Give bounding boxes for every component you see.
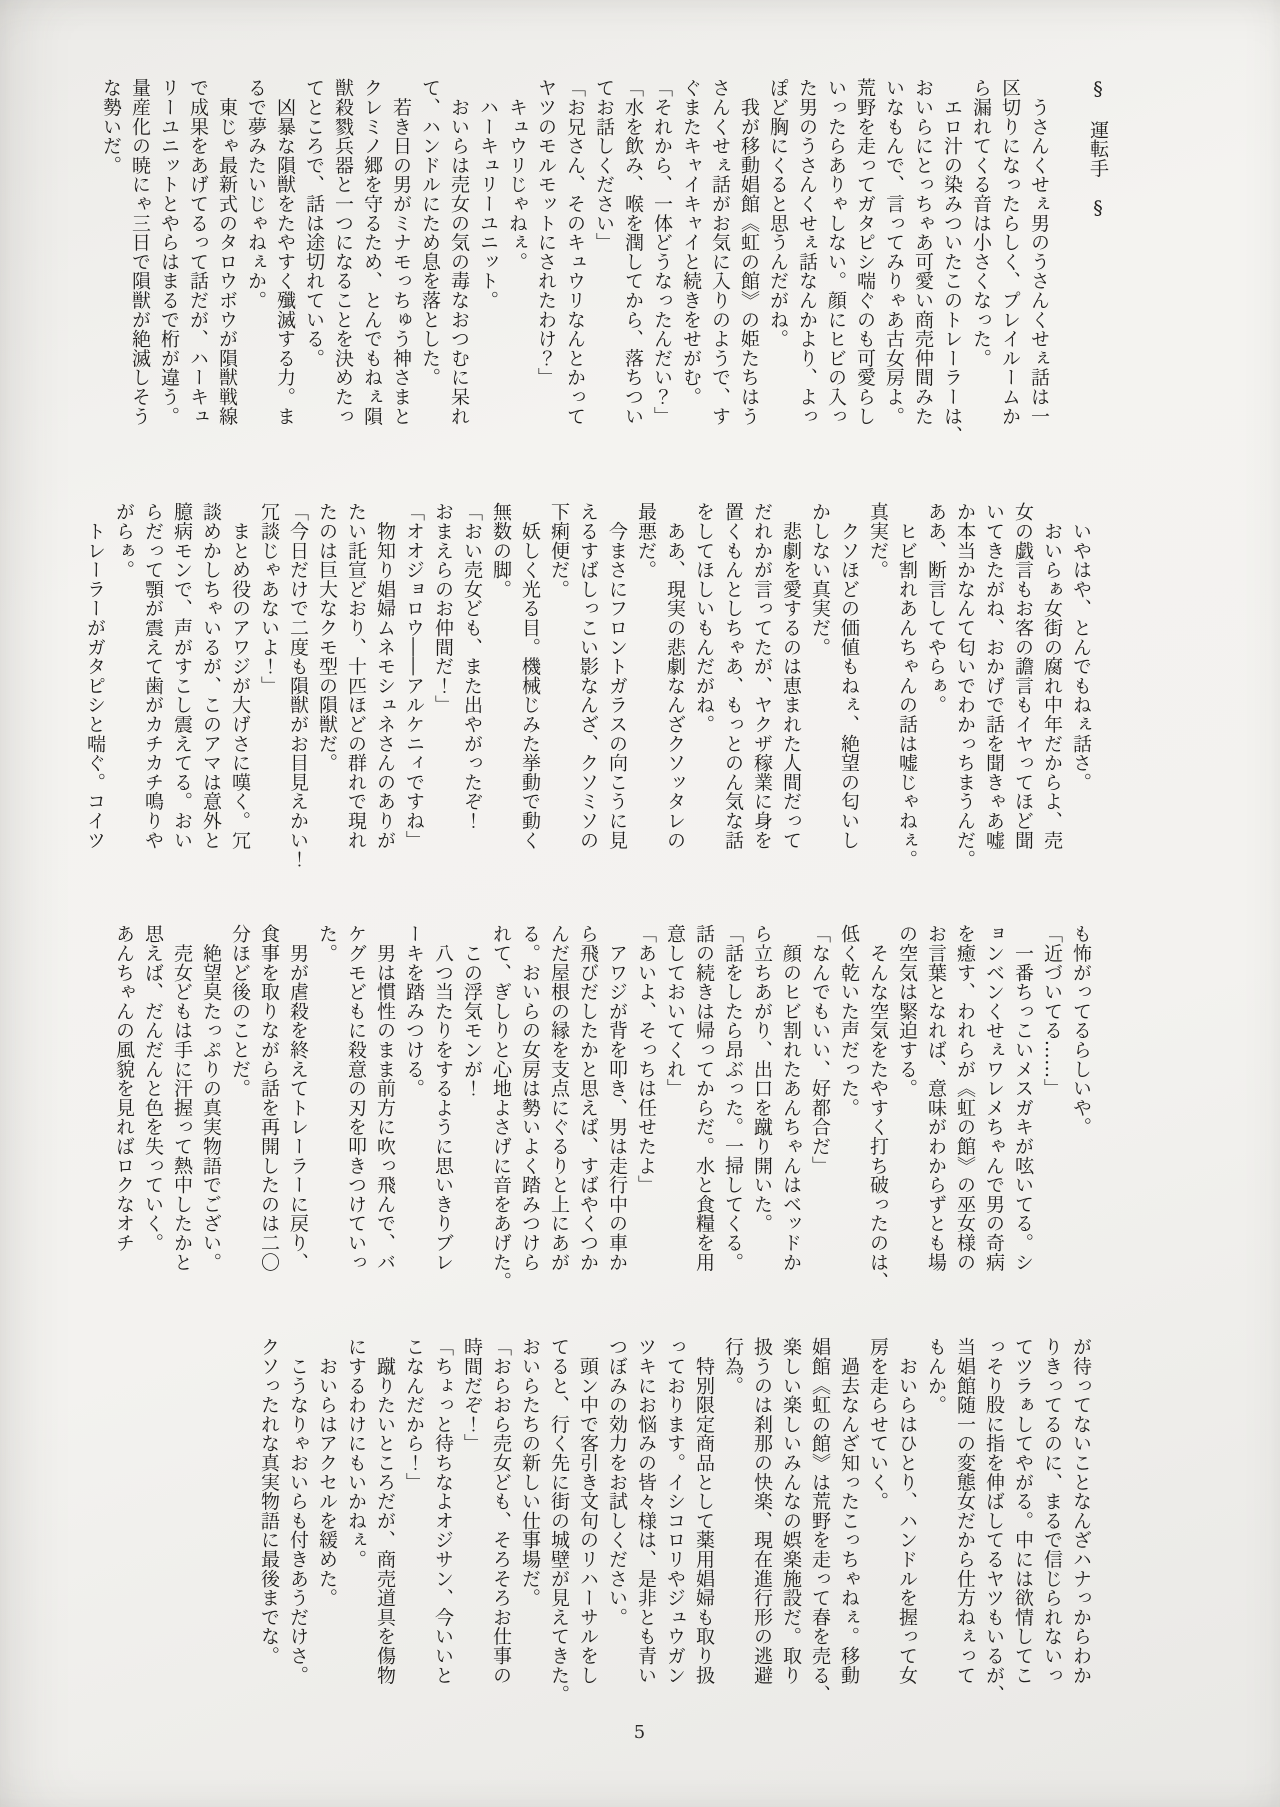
text-column: 話の続きは帰ってからだ。水と食糧を用 <box>689 924 718 1291</box>
text-column: 蹴りたいところだが、商売道具を傷物 <box>370 1337 399 1704</box>
text-column: れて、ぎしりと心地よさげに音をあげた。 <box>486 924 515 1291</box>
text-column: もんか。 <box>921 1337 950 1704</box>
text-column: ああ、現実の悲劇なんざクソッタレの <box>660 502 689 869</box>
text-column: 「おい売女ども、また出やがったぞ！ <box>457 502 486 869</box>
text-column: 「話をしたら昂ぶった。一掃してくる。 <box>718 924 747 1291</box>
text-column: 「今日だけで二度も隕獣がお目見えかい！ <box>283 502 312 869</box>
text-column: おいらはアクセルを緩めた。 <box>312 1337 341 1704</box>
text-column: 食事を取りながら話を再開したのは二〇 <box>254 924 283 1291</box>
text-column: 頭ン中で客引き文句のリハーサルをし <box>573 1337 602 1704</box>
text-column: か本当かなんて匂いでわかっちまうんだ。 <box>950 502 979 869</box>
text-column: っております。イシコロリやジュウガン <box>660 1337 689 1704</box>
text-column: な勢いだ。 <box>96 78 125 445</box>
text-column: トレーラーがガタピシと喘ぐ。コイツ <box>80 502 109 869</box>
text-band-1: § 運転手 § うさんくせぇ男のうさんくせぇ話は一区切りになったらしく、プレイル… <box>96 78 1112 445</box>
text-column: てお話しください」 <box>589 78 618 445</box>
text-column: 若き日の男がミナモっちゅう神さまと <box>386 78 415 445</box>
text-column: おいらたちの新しい仕事場だ。 <box>515 1337 544 1704</box>
text-column: 荒野を走ってガタピシ喘ぐのも可愛らし <box>850 78 879 445</box>
text-column: 「なんでもいい、好都合だ」 <box>805 924 834 1291</box>
text-column: も怖がってるらしいや。 <box>1066 924 1095 1291</box>
text-column: ツキにお悩みの皆々様は、是非とも青い <box>631 1337 660 1704</box>
text-column: さんくせぇ話がお気に入りのようで、す <box>705 78 734 445</box>
text-column: キュウリじゃねぇ。 <box>502 78 531 445</box>
text-band-3: も怖がってるらしいや。「近づいてる……」 一番ちっこいメスガキが呟いてる。ション… <box>109 924 1095 1291</box>
text-column: 女の戯言もお客の譫言もイヤってほど聞 <box>1008 502 1037 869</box>
text-column: 男が虐殺を終えてトレーラーに戻り、 <box>283 924 312 1291</box>
text-band-2: いやはや、とんでもねぇ話さ。 おいらぁ女街の腐れ中年だからよ、売女の戯言もお客の… <box>80 502 1095 869</box>
text-column: っそり股に指を伸ばしてるヤツもいるが、 <box>979 1337 1008 1704</box>
text-column: る。おいらの女房は勢いよく踏みつけら <box>515 924 544 1291</box>
text-column: 獣殺戮兵器と一つになることを決めたっ <box>328 78 357 445</box>
text-column: こうなりゃおいらも付きあうだけさ。 <box>283 1337 312 1704</box>
text-column: てると、行く先に街の城壁が見えてきた。 <box>544 1337 573 1704</box>
text-column: 真実だ。 <box>863 502 892 869</box>
text-column: クソったれな真実物語に最後までな。 <box>254 1337 283 1704</box>
text-column: そんな空気をたやすく打ち破ったのは、 <box>863 924 892 1291</box>
text-column: ああ、断言してやらぁ。 <box>921 502 950 869</box>
section-title: § 運転手 § <box>1083 78 1112 445</box>
text-column: あんちゃんの風貌を見ればロクなオチ <box>109 924 138 1291</box>
text-column: て、ハンドルにため息を落とした。 <box>415 78 444 445</box>
text-column: えるすばしっこい影なんざ、クソミソの <box>573 502 602 869</box>
text-column: 低く乾いた声だった。 <box>834 924 863 1291</box>
text-column: 過去なんざ知ったこっちゃねぇ。移動 <box>834 1337 863 1704</box>
text-column: たい託宣どおり、十匹ほどの群れで現れ <box>341 502 370 869</box>
text-column: 顔のヒビ割れたあんちゃんはベッドか <box>776 924 805 1291</box>
text-column: を癒す、われらが《虹の館》の巫女様の <box>950 924 979 1291</box>
text-column: るで夢みたいじゃねぇか。 <box>241 78 270 445</box>
text-column: た。 <box>312 924 341 1291</box>
text-column: てところで、話は途切れている。 <box>299 78 328 445</box>
text-column: ョンベンくせぇワレメちゃんで男の奇病 <box>979 924 1008 1291</box>
text-column: ヤツのモルモットにされたわけ？」 <box>531 78 560 445</box>
text-column: 「あいよ、そっちは任せたよ」 <box>631 924 660 1291</box>
text-column: 下痢便だ。 <box>544 502 573 869</box>
text-column: たのは巨大なクモ型の隕獣だ。 <box>312 502 341 869</box>
text-column: 「オオジョロウ――アルケニィですね」 <box>399 502 428 869</box>
text-column: 「お兄さん、そのキュウリなんとかって <box>560 78 589 445</box>
text-column: いなもんで、言ってみりゃあ古女房よ。 <box>879 78 908 445</box>
text-column: 談めかしちゃいるが、このアマは意外と <box>196 502 225 869</box>
text-column: つぼみの効力をお試しください。 <box>602 1337 631 1704</box>
text-column: 物知り娼婦ムネモシュネさんのありが <box>370 502 399 869</box>
text-column: いてきたがね、おかげで話を聞きゃあ嘘 <box>979 502 1008 869</box>
text-column: 無数の脚。 <box>486 502 515 869</box>
text-column: ーキを踏みつける。 <box>399 924 428 1291</box>
text-column: 凶暴な隕獣をたやすく殲滅する力。ま <box>270 78 299 445</box>
text-column: うさんくせぇ男のうさんくせぇ話は一 <box>1024 78 1053 445</box>
text-column: 分ほど後のことだ。 <box>225 924 254 1291</box>
text-column: 八つ当たりをするように思いきりブレ <box>428 924 457 1291</box>
text-column: 臆病モンで、声がすこし震えてる。おい <box>167 502 196 869</box>
text-column: ら漏れてくる音は小さくなった。 <box>966 78 995 445</box>
text-column: らだって顎が震えて歯がカチカチ鳴りや <box>138 502 167 869</box>
text-column: おいらはひとり、ハンドルを握って女 <box>892 1337 921 1704</box>
text-column: 意しておいてくれ」 <box>660 924 689 1291</box>
text-column: ぽど胸にくると思うんだがね。 <box>763 78 792 445</box>
text-column: 最悪だ。 <box>631 502 660 869</box>
text-column: 男は慣性のまま前方に吹っ飛んで、バ <box>370 924 399 1291</box>
text-column: りきってるのに、まるで信じられないっ <box>1037 1337 1066 1704</box>
text-column: 冗談じゃあないよ！」 <box>254 502 283 869</box>
text-column: おいらにとっちゃあ可愛い商売仲間みた <box>908 78 937 445</box>
text-column: をしてほしいもんだがね。 <box>689 502 718 869</box>
text-column: 特別限定商品として薬用娼婦も取り扱 <box>689 1337 718 1704</box>
text-column: ハーキュリーユニット。 <box>473 78 502 445</box>
text-column: 今まさにフロントガラスの向こうに見 <box>602 502 631 869</box>
text-column: リーユニットとやらはまるで桁が違う。 <box>154 78 183 445</box>
text-column: の空気は緊迫する。 <box>892 924 921 1291</box>
text-column: クレミノ郷を守るため、とんでもねぇ隕 <box>357 78 386 445</box>
text-column: 量産化の暁にゃ三日で隕獣が絶滅しそう <box>125 78 154 445</box>
text-column: 悲劇を愛するのは恵まれた人間だって <box>776 502 805 869</box>
text-column: ヒビ割れあんちゃんの話は嘘じゃねぇ。 <box>892 502 921 869</box>
text-column: 置くもんとしちゃあ、もっとのん気な話 <box>718 502 747 869</box>
text-column: いったらありゃしない。顔にヒビの入っ <box>821 78 850 445</box>
text-column: 扱うのは刹那の快楽、現在進行形の逃避 <box>747 1337 776 1704</box>
text-column: ケグモどもに殺意の刃を叩きつけていっ <box>341 924 370 1291</box>
text-column: 「水を飲み、喉を潤してから、落ちつい <box>618 78 647 445</box>
text-band-4: が待ってないことなんざハナっからわかりきってるのに、まるで信じられないってツラぁ… <box>254 1337 1095 1704</box>
page-number: 5 <box>0 1722 1280 1743</box>
text-column: 「ちょっと待ちなよオジサン、今いいと <box>428 1337 457 1704</box>
text-column: 我が移動娼館《虹の館》の姫たちはう <box>734 78 763 445</box>
text-column: 売女どもは手に汗握って熱中したかと <box>167 924 196 1291</box>
text-column: 房を走らせていく。 <box>863 1337 892 1704</box>
text-column: てツラぁしてやがる。中には欲情してこ <box>1008 1337 1037 1704</box>
text-column: 妖しく光る目。機械じみた挙動で動く <box>515 502 544 869</box>
text-column: 区切りになったらしく、プレイルームか <box>995 78 1024 445</box>
text-column: まとめ役のアワジが大げさに嘆く。冗 <box>225 502 254 869</box>
text-column: 「おらおら売女ども、そろそろお仕事の <box>486 1337 515 1704</box>
text-column: アワジが背を叩き、男は走行中の車か <box>602 924 631 1291</box>
text-column: おまえらのお仲間だ！」 <box>428 502 457 869</box>
text-column: いやはや、とんでもねぇ話さ。 <box>1066 502 1095 869</box>
text-column: 一番ちっこいメスガキが呟いてる。シ <box>1008 924 1037 1291</box>
text-column: にするわけにもいかねぇ。 <box>341 1337 370 1704</box>
text-column: 娼館《虹の館》は荒野を走って春を売る、 <box>805 1337 834 1704</box>
text-column: 時間だぞ！」 <box>457 1337 486 1704</box>
text-column: で成果をあげてるって話だが、ハーキュ <box>183 78 212 445</box>
text-column: こなんだから！」 <box>399 1337 428 1704</box>
text-column: 「近づいてる……」 <box>1037 924 1066 1291</box>
text-column: 「それから、一体どうなったんだい？」 <box>647 78 676 445</box>
text-column: が待ってないことなんざハナっからわか <box>1066 1337 1095 1704</box>
text-column: クソほどの価値もねぇ、絶望の匂いし <box>834 502 863 869</box>
text-column: だれかが言ってたが、ヤクザ稼業に身を <box>747 502 776 869</box>
text-column: おいらぁ女街の腐れ中年だからよ、売 <box>1037 502 1066 869</box>
text-column: た男のうさんくせぇ話なんかより、よっ <box>792 78 821 445</box>
text-column: エロ汁の染みついたこのトレーラーは、 <box>937 78 966 445</box>
text-column: ら飛びだしたかと思えば、すばやくつか <box>573 924 602 1291</box>
text-column: 東じゃ最新式のタロウボウが隕獣戦線 <box>212 78 241 445</box>
text-column: がらぁ。 <box>109 502 138 869</box>
text-column: 行為。 <box>718 1337 747 1704</box>
scanned-novel-page: § 運転手 § うさんくせぇ男のうさんくせぇ話は一区切りになったらしく、プレイル… <box>0 0 1280 1807</box>
text-column: 当娼館随一の変態女だから仕方ねぇって <box>950 1337 979 1704</box>
text-column: んだ屋根の縁を支点にぐるりと上にあが <box>544 924 573 1291</box>
text-column: ら立ちあがり、出口を蹴り開いた。 <box>747 924 776 1291</box>
text-column: 楽しい楽しいみんなの娯楽施設だ。取り <box>776 1337 805 1704</box>
text-column: おいらは売女の気の毒なおつむに呆れ <box>444 78 473 445</box>
text-column: ぐまたキャイキャイと続きをせがむ。 <box>676 78 705 445</box>
text-column: この浮気モンが！ <box>457 924 486 1291</box>
text-column: お言葉となれば、意味がわからずとも場 <box>921 924 950 1291</box>
text-column: 絶望臭たっぷりの真実物語でござい。 <box>196 924 225 1291</box>
text-column: 思えば、だんだんと色を失っていく。 <box>138 924 167 1291</box>
text-column: かしない真実だ。 <box>805 502 834 869</box>
